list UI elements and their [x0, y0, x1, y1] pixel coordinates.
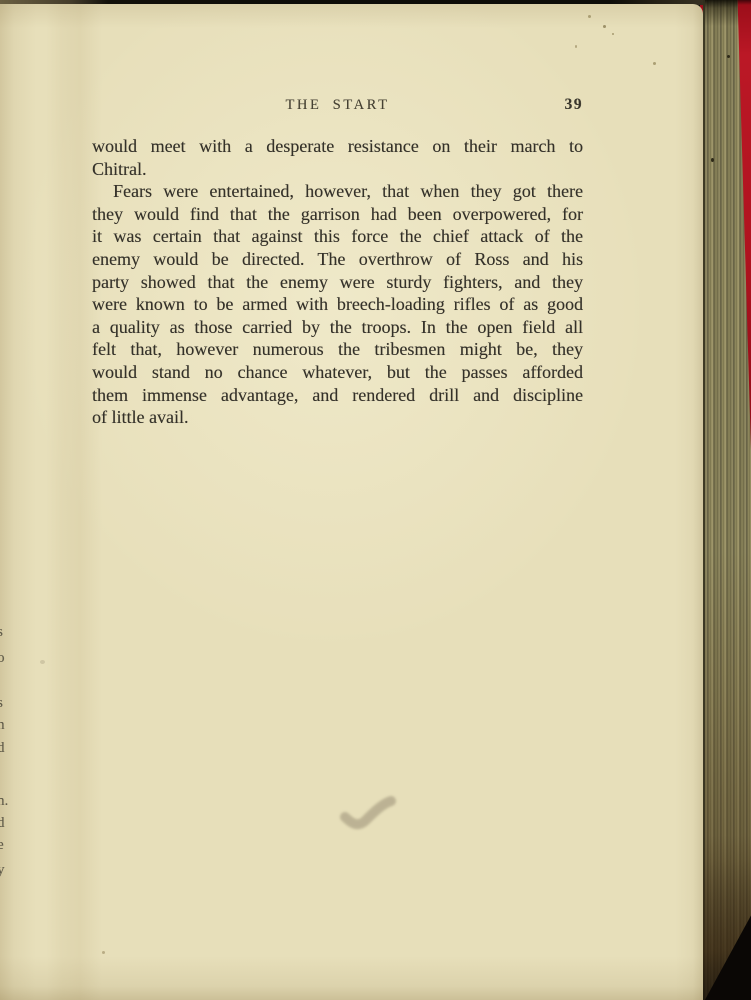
text-line: would meet with a desperate resistance o… [92, 135, 583, 158]
edge-fragment: y [0, 861, 5, 879]
book-scan: THE START 39 would meet with a desperate… [0, 0, 751, 1000]
text-line: were known to be armed with breech-loadi… [92, 293, 583, 316]
edge-fragment: d [0, 814, 5, 832]
fore-edge-speck [727, 55, 730, 58]
text-line: felt that, however numerous the tribesme… [92, 338, 583, 361]
edge-fragment: s [0, 623, 3, 641]
edge-fragment: h [0, 716, 5, 734]
paper-speck [653, 62, 656, 65]
paper-speck [575, 45, 577, 48]
page-number: 39 [565, 96, 584, 114]
text-line: it was certain that against this force t… [92, 225, 583, 248]
book-page: THE START 39 would meet with a desperate… [0, 4, 703, 1000]
edge-fragment: d [0, 739, 5, 757]
text-line: Chitral. [92, 158, 583, 181]
paper-speck [102, 951, 105, 954]
chapter-title: THE START [92, 97, 583, 114]
text-line: them immense advantage, and rendered dri… [92, 384, 583, 407]
edge-fragment: s [0, 694, 3, 712]
edge-fragment: n. [0, 792, 8, 810]
paper-speck [40, 660, 45, 664]
text-line: enemy would be directed. The overthrow o… [92, 248, 583, 271]
edge-fragment: o [0, 649, 5, 667]
checkmark-smudge-icon [325, 779, 415, 839]
text-line: party showed that the enemy were sturdy … [92, 271, 583, 294]
paper-speck [612, 33, 614, 35]
text-line: Fears were entertained, however, that wh… [92, 180, 583, 203]
text-line: of little avail. [92, 406, 583, 429]
text-line: a quality as those carried by the troops… [92, 316, 583, 339]
fore-edge-speck [711, 158, 714, 162]
text-line: would stand no chance whatever, but the … [92, 361, 583, 384]
running-header: THE START 39 [92, 97, 583, 117]
paper-speck [588, 15, 591, 18]
body-text: would meet with a desperate resistance o… [92, 135, 583, 429]
edge-fragment: e [0, 836, 4, 854]
paper-speck [603, 25, 606, 28]
text-line: they would find that the garrison had be… [92, 203, 583, 226]
